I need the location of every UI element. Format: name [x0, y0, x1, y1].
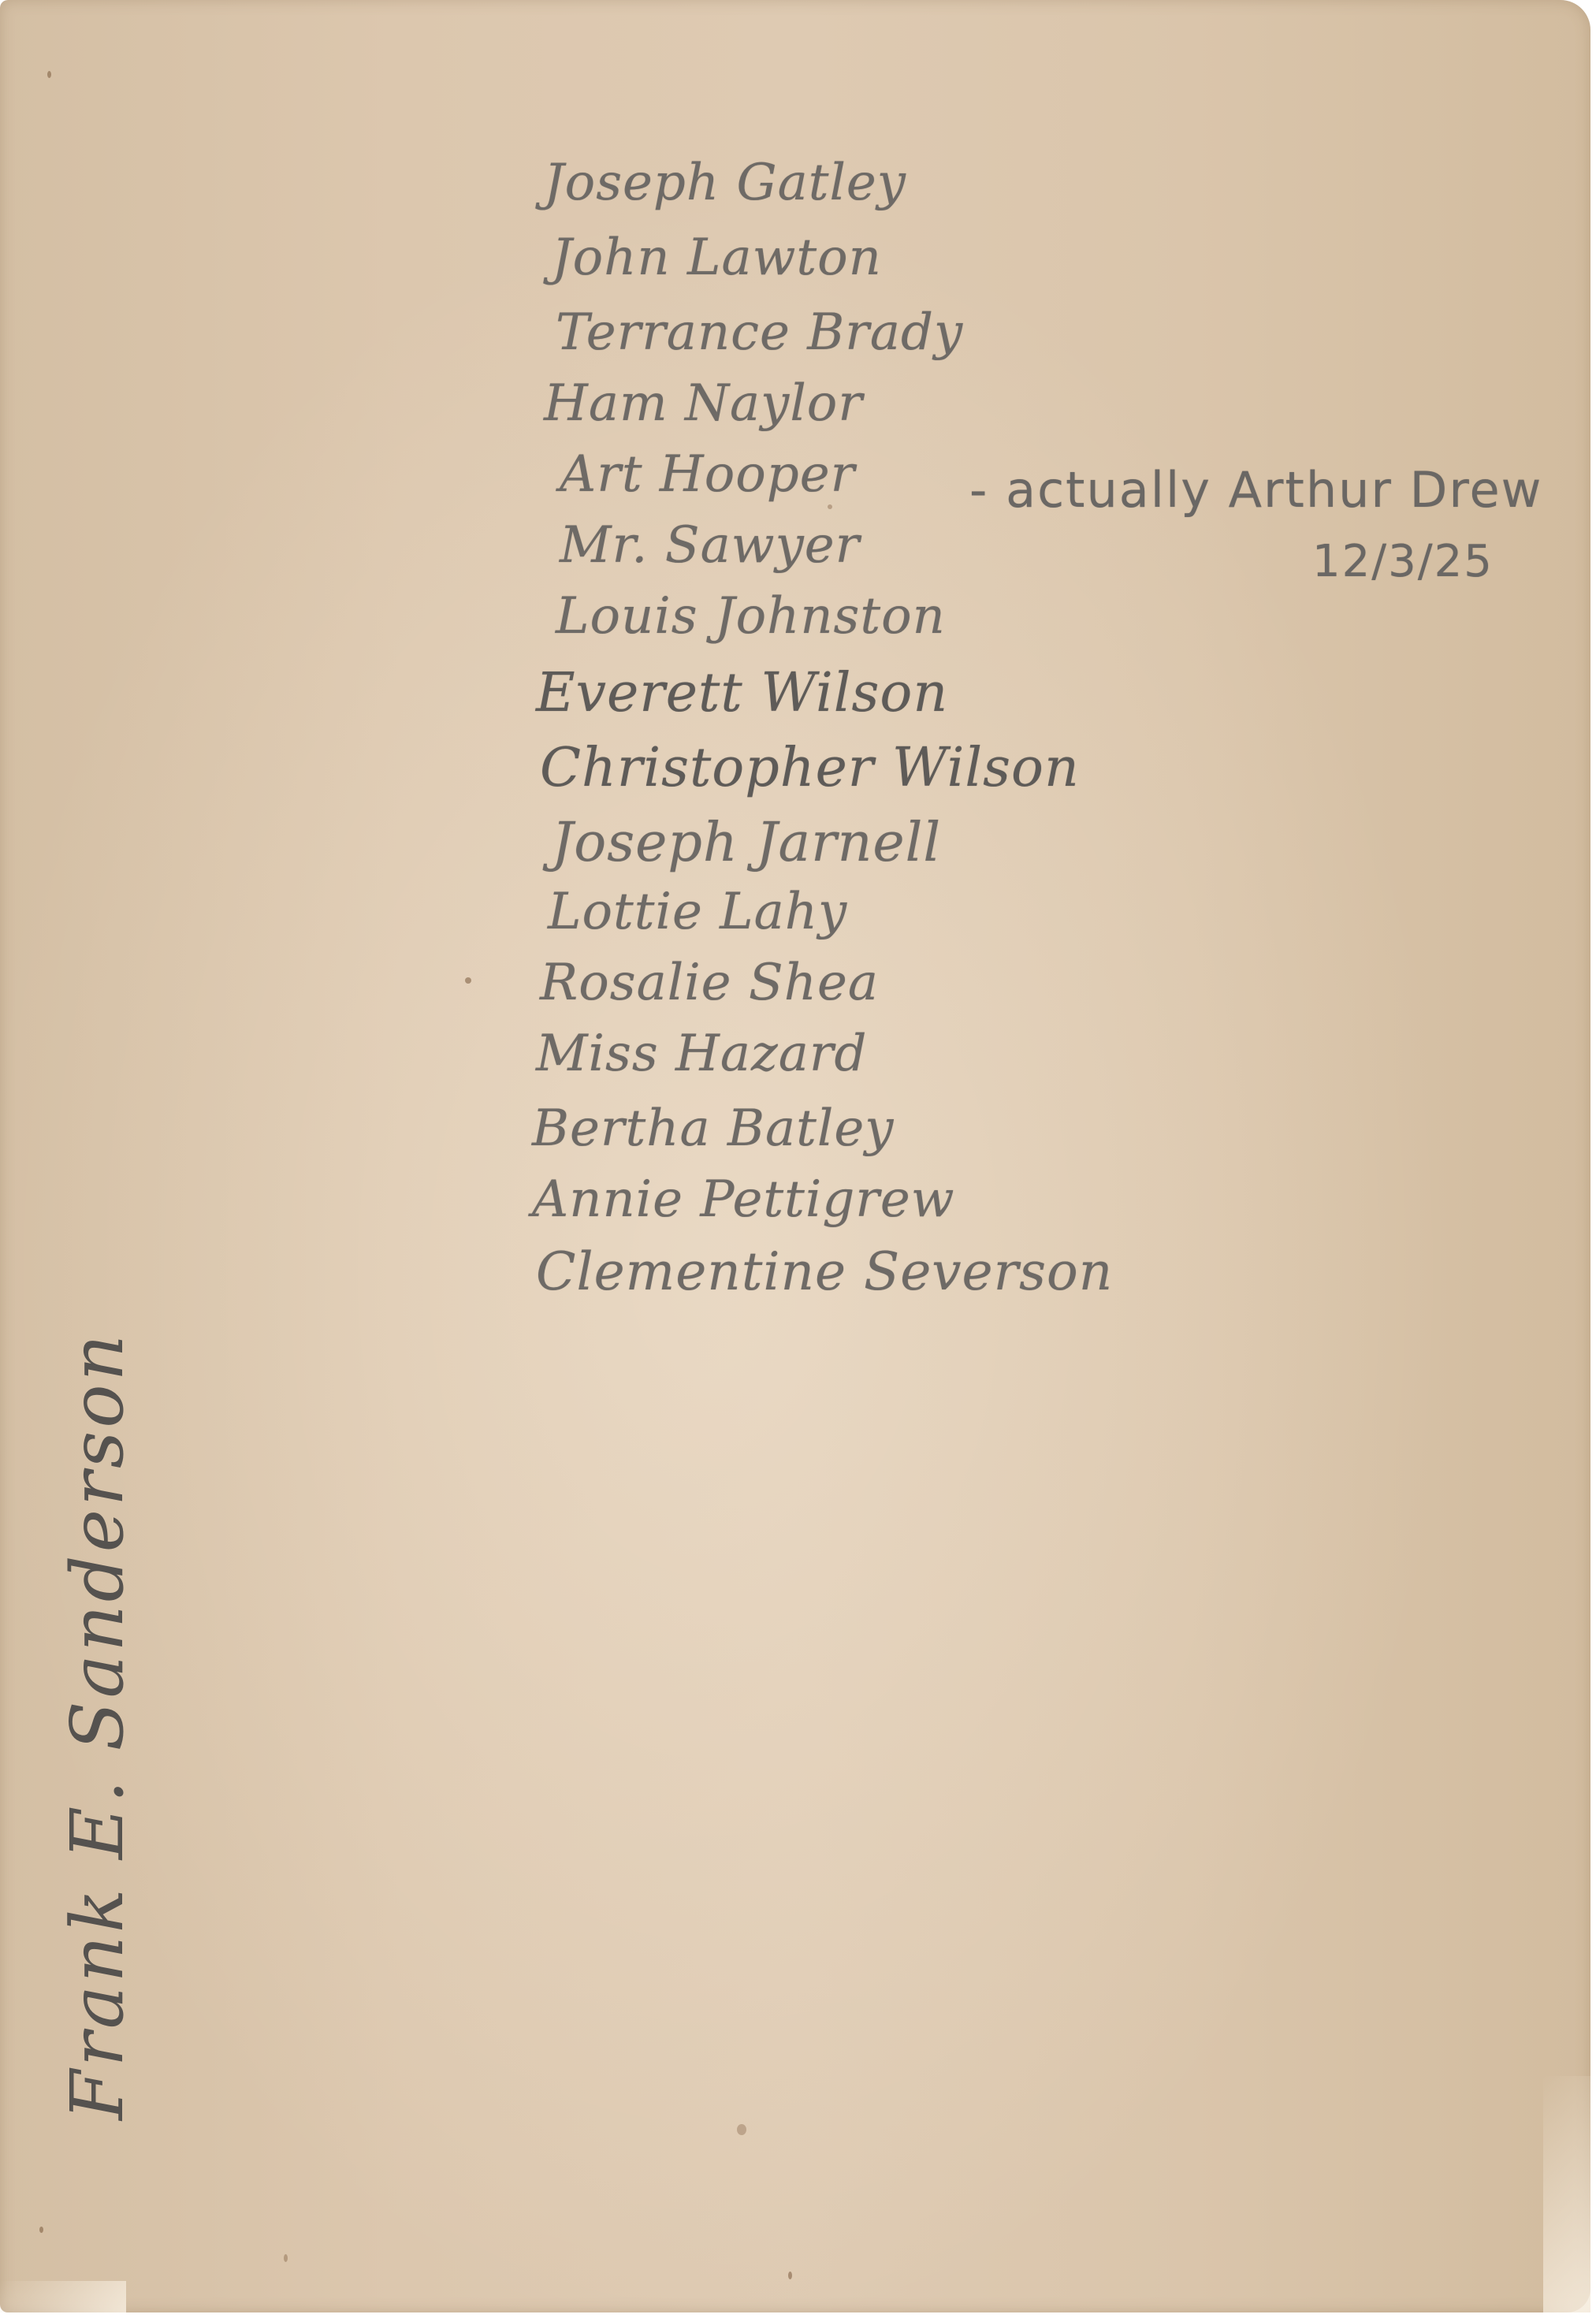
name-entry: Miss Hazard — [536, 1025, 867, 1083]
name-entry: Rosalie Shea — [540, 954, 879, 1012]
name-entry: Terrance Brady — [556, 303, 963, 362]
paper-speck — [737, 2124, 746, 2135]
name-entry: Art Hooper — [560, 445, 855, 504]
paper-speck — [828, 504, 832, 509]
name-entry: Louis Johnston — [556, 587, 946, 646]
paper-speck — [465, 977, 471, 984]
name-entry: John Lawton — [552, 229, 882, 287]
name-entry: Joseph Jarnell — [552, 812, 941, 874]
worn-corner-bottom-right — [1543, 2076, 1590, 2312]
paper-speck — [39, 2227, 43, 2233]
name-entry: Lottie Lahy — [548, 883, 847, 941]
paper-speck — [47, 71, 51, 78]
name-entry: Clementine Severson — [536, 1241, 1113, 1302]
name-entry: Christopher Wilson — [540, 737, 1080, 799]
name-entry: Joseph Gatley — [544, 154, 906, 212]
worn-corner-bottom-left — [0, 2281, 126, 2312]
name-entry: Everett Wilson — [536, 662, 948, 724]
name-entry: Annie Pettigrew — [532, 1170, 955, 1229]
paper-speck — [788, 2271, 792, 2279]
name-entry: Mr. Sawyer — [560, 516, 860, 575]
signature: Frank E. Sanderson — [55, 1331, 140, 2120]
correction-note: - actually Arthur Drew — [969, 461, 1542, 519]
paper-speck — [284, 2254, 288, 2262]
name-entry: Ham Naylor — [544, 374, 863, 433]
annotation-date: 12/3/25 — [1312, 536, 1494, 587]
name-entry: Bertha Batley — [532, 1099, 894, 1158]
